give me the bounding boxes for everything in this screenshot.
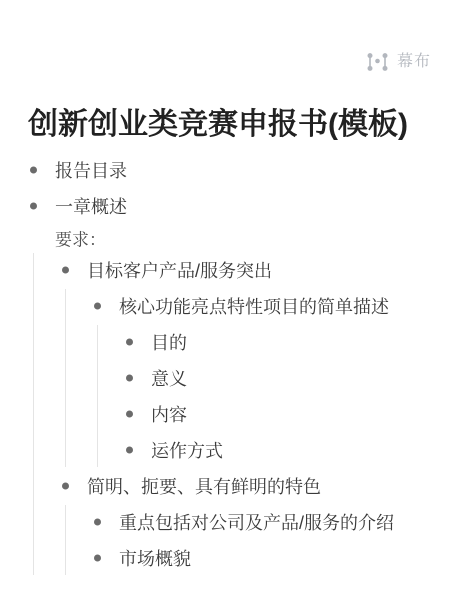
bullet-icon[interactable]: [62, 483, 69, 490]
outline-item[interactable]: 目标客户产品/服务突出: [0, 252, 461, 288]
bullet-icon[interactable]: [126, 447, 133, 454]
outline-text: 运作方式: [151, 437, 223, 463]
indent-guide-line: [65, 289, 66, 467]
bullet-icon[interactable]: [94, 555, 101, 562]
outline-item[interactable]: 重点包括对公司及产品/服务的介绍: [0, 504, 461, 540]
outline-text: 要求：: [55, 226, 106, 251]
outline-text: 市场概貌: [119, 545, 191, 571]
outline-text: 核心功能亮点特性项目的简单描述: [119, 293, 389, 319]
mubu-document-page: 幕布 创新创业类竞赛申报书(模板) 报告目录一章概述要求：目标客户产品/服务突出…: [0, 0, 461, 600]
outline-item[interactable]: 核心功能亮点特性项目的简单描述: [0, 288, 461, 324]
outline-item[interactable]: 运作方式: [0, 432, 461, 468]
outline-text: 目的: [151, 329, 187, 355]
outline-note[interactable]: 要求：: [0, 224, 461, 252]
bullet-icon[interactable]: [126, 339, 133, 346]
bullet-icon[interactable]: [126, 411, 133, 418]
outline-text: 简明、扼要、具有鲜明的特色: [87, 473, 321, 499]
outline-item[interactable]: 目的: [0, 324, 461, 360]
outline-text: 重点包括对公司及产品/服务的介绍: [119, 509, 394, 535]
outline-item[interactable]: 内容: [0, 396, 461, 432]
outline-item[interactable]: 一章概述: [0, 188, 461, 224]
bullet-icon[interactable]: [62, 267, 69, 274]
outline-text: 内容: [151, 401, 187, 427]
bullet-icon[interactable]: [94, 519, 101, 526]
outline-text: 意义: [151, 365, 187, 391]
bullet-icon[interactable]: [94, 303, 101, 310]
bullet-icon[interactable]: [30, 167, 37, 174]
outline: 报告目录一章概述要求：目标客户产品/服务突出核心功能亮点特性项目的简单描述目的意…: [0, 0, 461, 600]
indent-guide-line: [65, 505, 66, 575]
bullet-icon[interactable]: [30, 203, 37, 210]
outline-text: 报告目录: [55, 157, 127, 183]
outline-text: 目标客户产品/服务突出: [87, 257, 272, 283]
outline-item[interactable]: 市场概貌: [0, 540, 461, 576]
outline-item[interactable]: 简明、扼要、具有鲜明的特色: [0, 468, 461, 504]
bullet-icon[interactable]: [126, 375, 133, 382]
outline-item[interactable]: 意义: [0, 360, 461, 396]
outline-item[interactable]: 报告目录: [0, 152, 461, 188]
indent-guide-line: [33, 253, 34, 575]
indent-guide-line: [97, 325, 98, 467]
outline-text: 一章概述: [55, 193, 127, 219]
